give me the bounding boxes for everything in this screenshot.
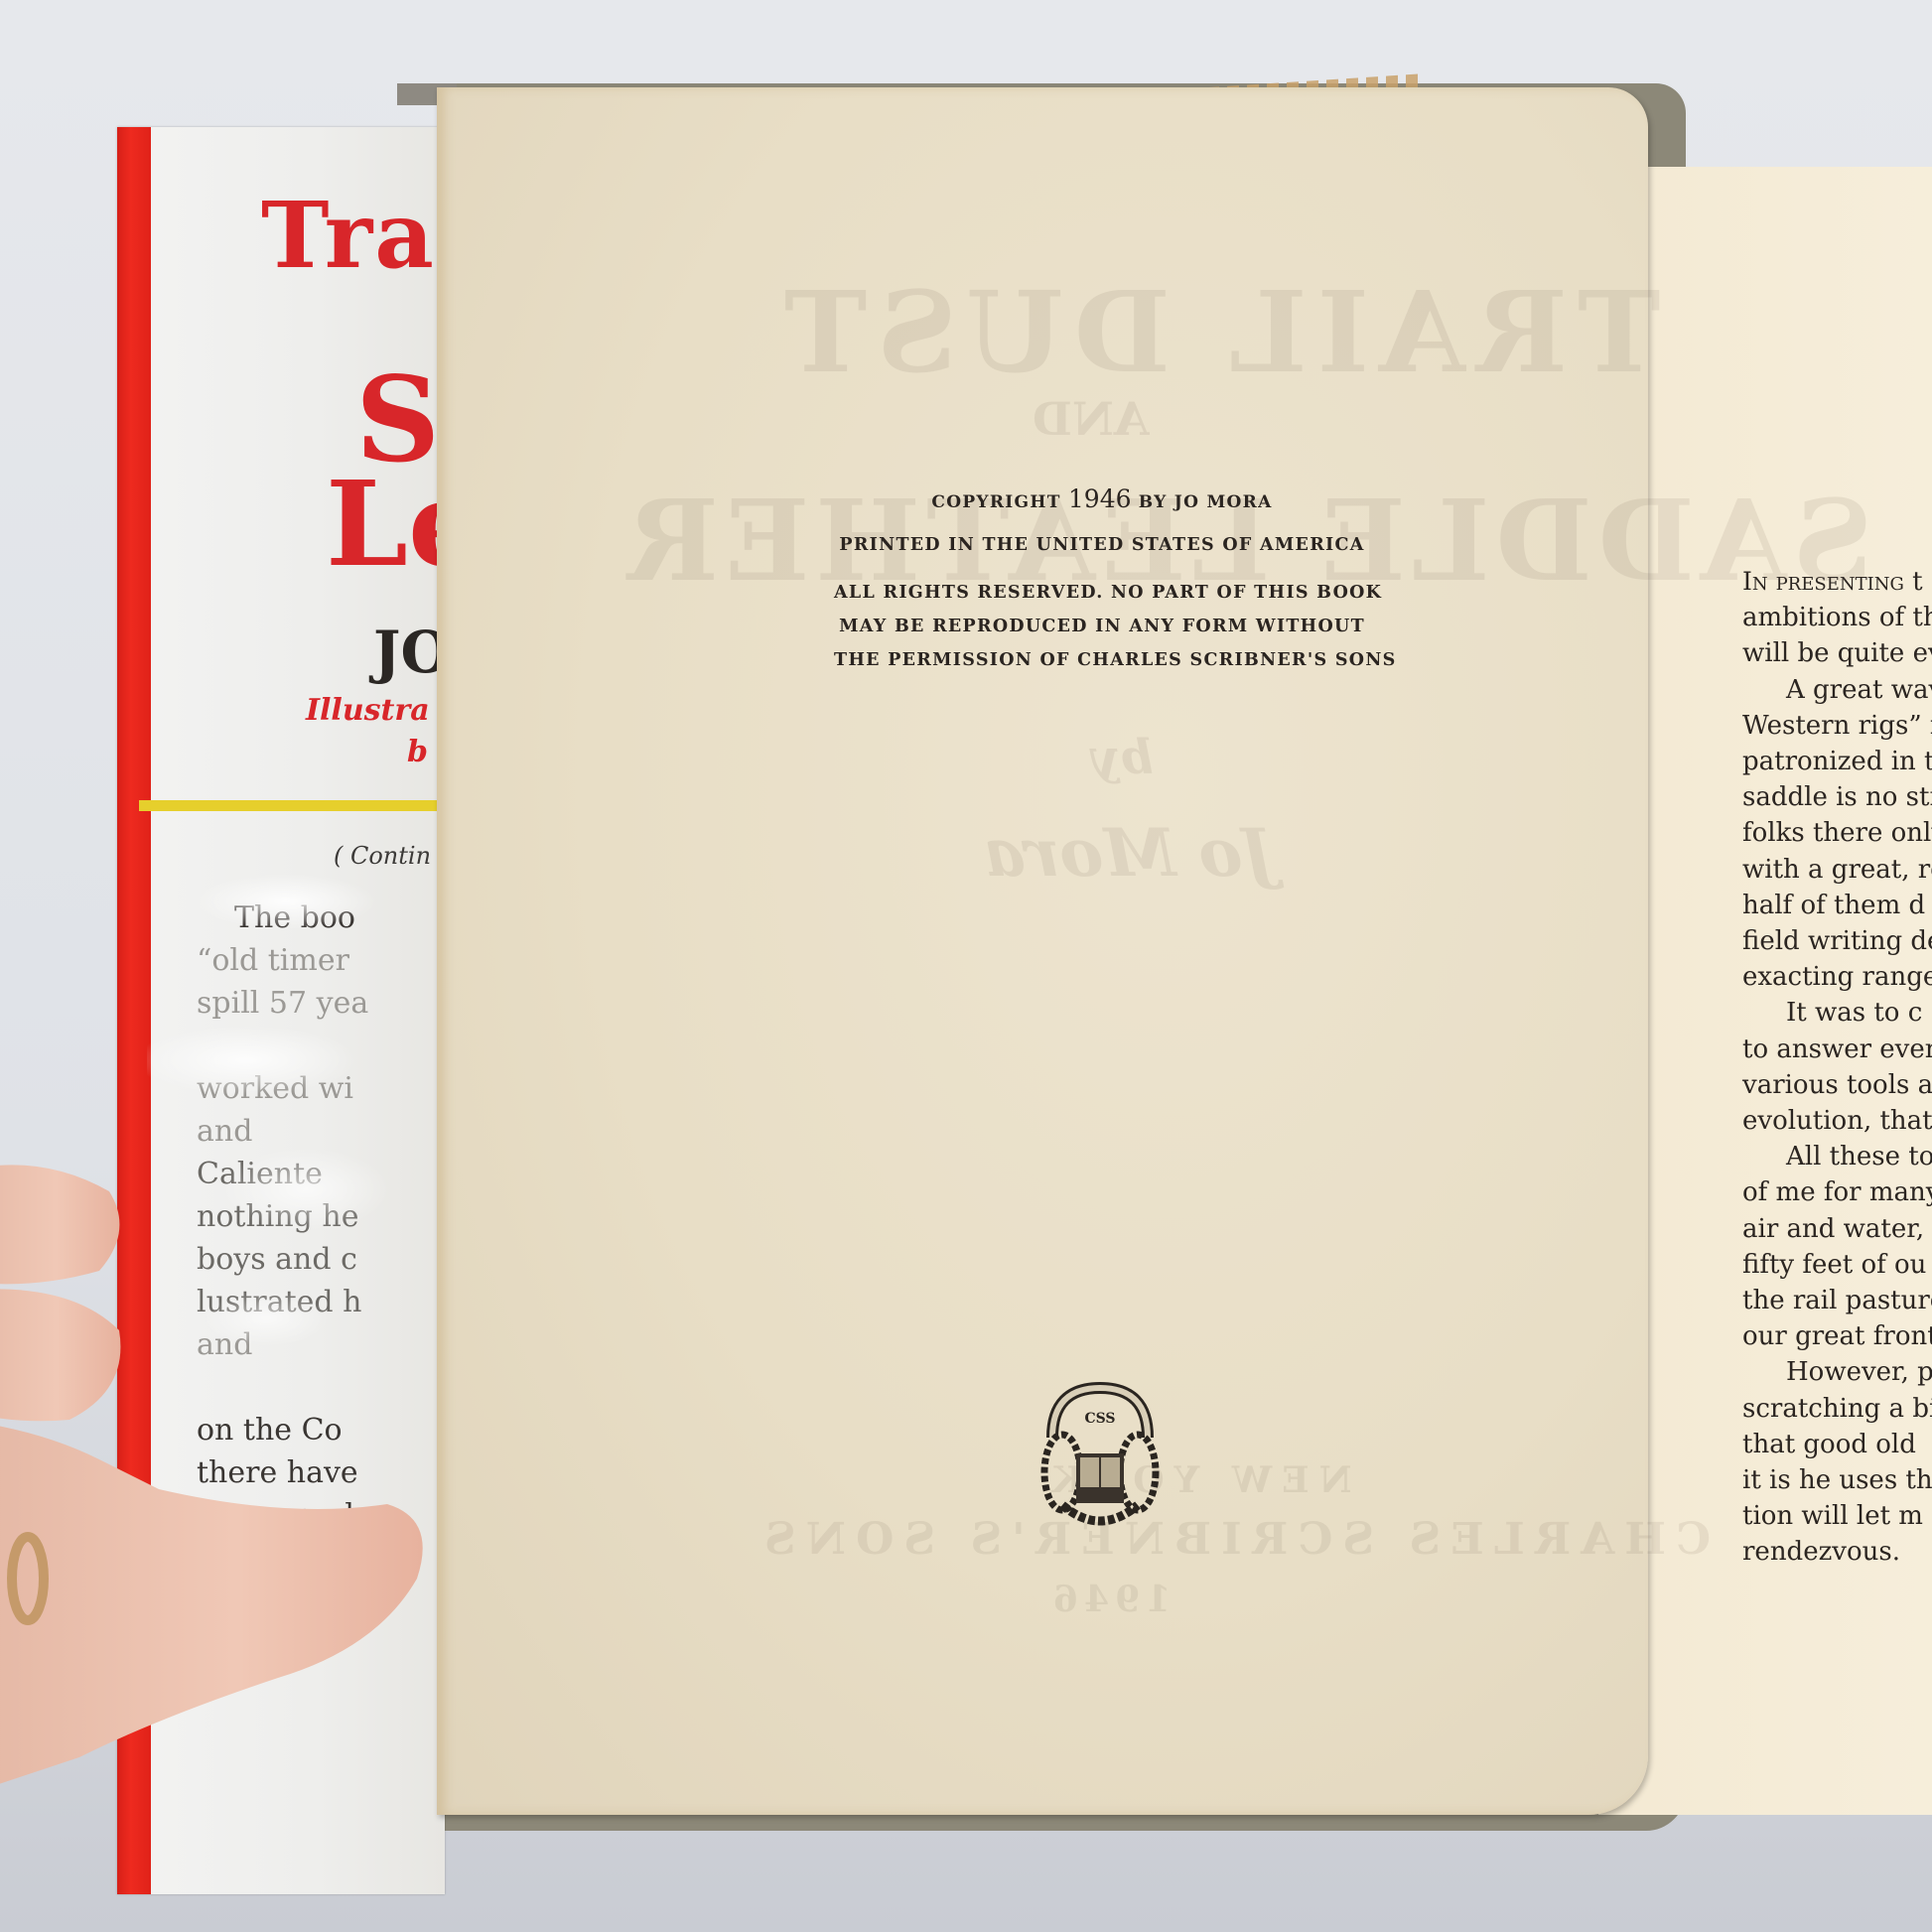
jacket-spine-stripe: [117, 127, 151, 1894]
text-line: it is he uses th: [1742, 1462, 1932, 1498]
blurb-line: on the Co: [197, 1409, 445, 1451]
show-through-text: CHARLES SCRIBNER'S SONS: [755, 1514, 1711, 1565]
text-line: rendezvous.: [1742, 1534, 1932, 1570]
blurb-line: worked wi: [197, 1067, 445, 1110]
text-line: folks there only: [1742, 815, 1932, 851]
text-line: fifty feet of ou: [1742, 1247, 1932, 1283]
jacket-title-fragment: Le: [326, 455, 445, 593]
text-line: evolution, that: [1742, 1103, 1932, 1139]
svg-text:CSS: CSS: [1084, 1411, 1115, 1427]
text-line: the rail pasture: [1742, 1283, 1932, 1318]
text-line: air and water,: [1742, 1211, 1932, 1247]
jacket-continued: ( Contin: [334, 842, 431, 870]
show-through-text: TRAIL DUST: [774, 268, 1660, 398]
copyright-line: Copyright 1946 by Jo Mora: [834, 484, 1370, 513]
blurb-line: Caliente: [197, 1153, 445, 1195]
blurb-line: there have: [197, 1451, 445, 1494]
text-line: However, p: [1742, 1354, 1932, 1390]
jacket-blurb: The boo “old timer spill 57 yea worked w…: [197, 897, 445, 1622]
text-line: field writing de: [1742, 923, 1932, 959]
jacket-yellow-rule: [139, 800, 445, 811]
copyright-year: 1946: [1068, 484, 1132, 513]
show-through-text: 1946: [1047, 1579, 1171, 1620]
text-line: with a great, ro: [1742, 852, 1932, 888]
jacket-author: JO: [373, 619, 445, 686]
text-line: to answer ever: [1742, 1032, 1932, 1067]
jacket-title-fragment: Tra: [261, 182, 436, 289]
text-line: All these to: [1742, 1139, 1932, 1174]
show-through-text: AND: [1033, 392, 1150, 446]
text-line: various tools ar: [1742, 1067, 1932, 1103]
text-line: will be quite ev: [1742, 635, 1932, 671]
rights-line: All rights reserved. No part of this boo…: [834, 583, 1370, 603]
blurb-line: in the: [197, 1580, 445, 1622]
text-line: of me for many: [1742, 1174, 1932, 1210]
copyright-notice: Copyright 1946 by Jo Mora Printed in the…: [834, 484, 1370, 684]
blurb-line: and: [197, 1110, 445, 1153]
text-line: Western rigs” is: [1742, 708, 1932, 744]
text-line: half of them d: [1742, 888, 1932, 923]
blurb-line: spill 57 yea: [197, 982, 445, 1025]
blurb-line: “old timer: [197, 939, 445, 982]
rights-reserved-block: All rights reserved. No part of this boo…: [834, 583, 1370, 670]
blurb-line: nothing he: [197, 1195, 445, 1238]
blurb-line: filled with: [197, 1537, 445, 1580]
text-line: our great front: [1742, 1318, 1932, 1354]
text-line: exacting range: [1742, 959, 1932, 995]
scribner-press-emblem-icon: CSS: [1033, 1378, 1168, 1537]
blurb-line: boys and c: [197, 1238, 445, 1281]
text-line: It was to c: [1742, 995, 1932, 1031]
blurb-line: The boo: [197, 897, 445, 939]
text-line: saddle is no str: [1742, 779, 1932, 815]
text-line: A great wav: [1742, 672, 1932, 708]
text-line: tion will let m: [1742, 1498, 1932, 1534]
blurb-line: is compreh: [197, 1494, 445, 1537]
blurb-line: lustrated h: [197, 1281, 445, 1323]
text-line: scratching a bi: [1742, 1391, 1932, 1427]
rights-line: may be reproduced in any form without: [834, 617, 1370, 636]
facing-page-text: In presenting t ambitions of th will be …: [1742, 564, 1932, 1571]
printed-in-line: Printed in the United States of America: [834, 535, 1370, 555]
rights-line: the permission of Charles Scribner's Son…: [834, 650, 1370, 670]
show-through-text: by: [1092, 730, 1153, 785]
blurb-line: and: [197, 1323, 445, 1366]
jacket-by: b: [407, 735, 428, 769]
jacket-illustrated: Illustra: [306, 693, 430, 728]
dust-jacket-flap: Tra S Le JO Illustra b ( Contin The boo …: [117, 127, 445, 1894]
text-line: that good old: [1742, 1427, 1932, 1462]
text-line: patronized in t: [1742, 744, 1932, 779]
show-through-text: Jo Mora: [983, 814, 1274, 892]
